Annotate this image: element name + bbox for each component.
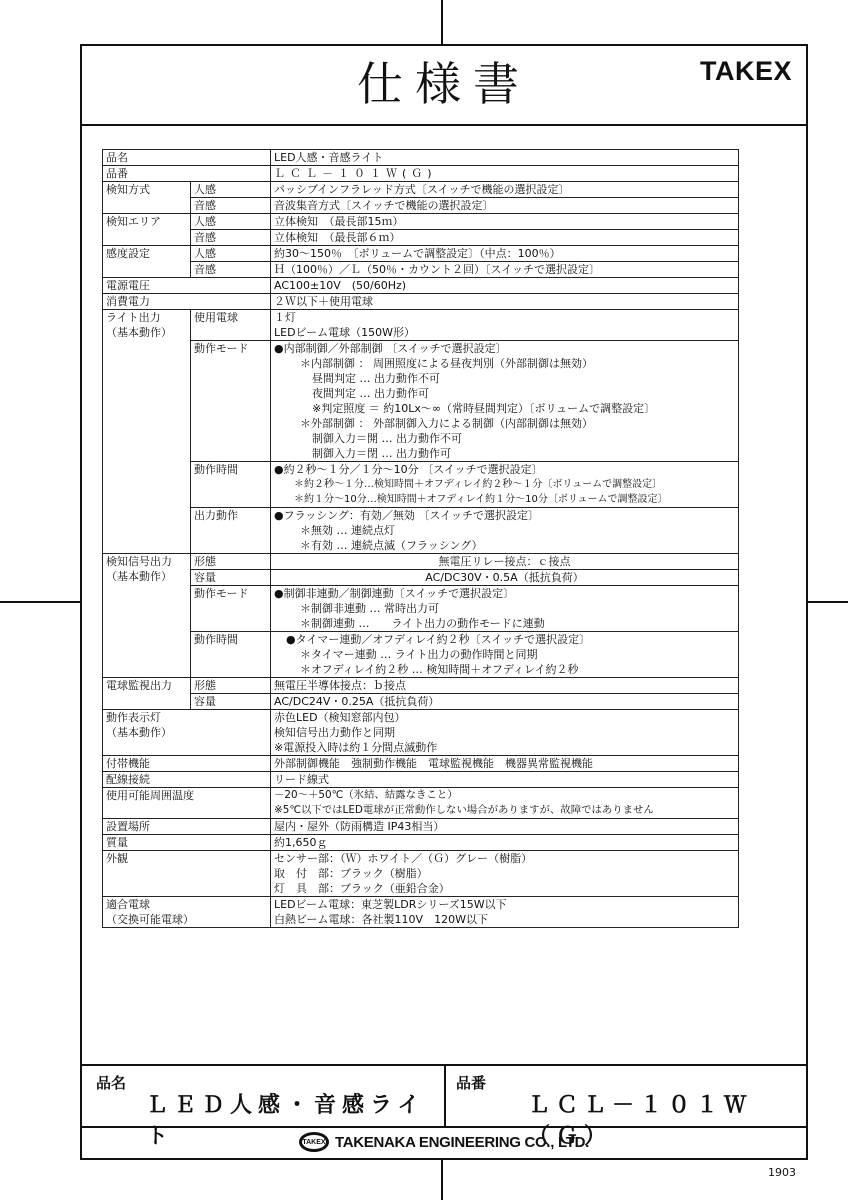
value-line: ＊制御非連動 … 常時出力可 xyxy=(274,601,735,616)
table-row: 容量 AC/DC30V・0.5A（抵抗負荷） xyxy=(103,570,739,586)
value-line: ＊有効 … 連続点滅（フラッシング） xyxy=(274,538,735,553)
value-line: ●タイマー連動／オフディレイ約２秒〔スイッチで選択設定〕 xyxy=(274,632,735,647)
row-value: ●約２秒～１分／１分～10分 〔スイッチで選択設定〕 ＊約２秒～１分…検知時間＋… xyxy=(271,462,739,508)
fold-mark-right xyxy=(806,601,848,603)
row-value: １灯 LEDビーム電球（150W形） xyxy=(271,310,739,341)
row-label: 感度設定 xyxy=(103,246,191,278)
row-label: 配線接続 xyxy=(103,772,271,788)
value-line: 取 付 部：ブラック（樹脂） xyxy=(274,866,735,881)
table-row: 音感 音波集音方式〔スイッチで機能の選択設定〕 xyxy=(103,198,739,214)
table-row: 音感 立体検知 （最長部６ｍ） xyxy=(103,230,739,246)
row-label: 動作表示灯 （基本動作） xyxy=(103,710,271,756)
row-label-sub: （交換可能電球） xyxy=(106,912,267,927)
fold-mark-left xyxy=(0,601,80,603)
takex-logo-icon: TAKEX xyxy=(299,1132,329,1152)
row-label-main: 検知信号出力 xyxy=(106,554,187,569)
row-label: 設置場所 xyxy=(103,819,271,835)
row-label-main: 適合電球 xyxy=(106,897,267,912)
row-value: センサー部：（Ｗ）ホワイト／（Ｇ）グレー（樹脂） 取 付 部：ブラック（樹脂） … xyxy=(271,851,739,897)
table-row: 品名 LED人感・音感ライト xyxy=(103,150,739,166)
value-line: ※5℃以下ではLED電球が正常動作しない場合がありますが、故障ではありません xyxy=(274,803,735,818)
row-value: AC100±10V (50/60Hz) xyxy=(271,278,739,294)
product-number-box: 品番 ＬＣＬ－１０１Ｗ（Ｇ） xyxy=(446,1066,806,1126)
row-value: 無電圧リレー接点：ｃ接点 xyxy=(271,554,739,570)
fold-mark-bottom xyxy=(441,1158,443,1200)
product-summary-band: 品名 ＬＥＤ人感・音感ライト 品番 ＬＣＬ－１０１Ｗ（Ｇ） xyxy=(82,1064,806,1128)
row-label: 外観 xyxy=(103,851,271,897)
table-row: 使用可能周囲温度 －20～＋50℃（氷結、結露なきこと） ※5℃以下ではLED電… xyxy=(103,788,739,819)
table-row: 電球監視出力 形態 無電圧半導体接点：ｂ接点 xyxy=(103,678,739,694)
row-value: ●タイマー連動／オフディレイ約２秒〔スイッチで選択設定〕 ＊タイマー連動 … ラ… xyxy=(271,632,739,678)
row-value: Ｈ（100％）／Ｌ（50％・カウント２回）〔スイッチで選択設定〕 xyxy=(271,262,739,278)
value-line: ＊無効 … 連続点灯 xyxy=(274,523,735,538)
value-line: ※電源投入時は約１分間点滅動作 xyxy=(274,740,735,755)
table-row: 感度設定 人感 約30～150％ 〔ボリュームで調整設定〕（中点：100％） xyxy=(103,246,739,262)
table-row: 動作モード ●制御非連動／制御連動〔スイッチで選択設定〕 ＊制御非連動 … 常時… xyxy=(103,586,739,632)
table-row: 質量 約1,650ｇ xyxy=(103,835,739,851)
row-label: 質量 xyxy=(103,835,271,851)
table-row: 付帯機能 外部制御機能 強制動作機能 電球監視機能 機器異常監視機能 xyxy=(103,756,739,772)
row-value: AC/DC24V・0.25A（抵抗負荷） xyxy=(271,694,739,710)
row-value: 立体検知 （最長部15ｍ） xyxy=(271,214,739,230)
row-label: 検知信号出力 （基本動作） xyxy=(103,554,191,678)
fold-mark-top xyxy=(441,0,443,44)
table-row: 動作時間 ●約２秒～１分／１分～10分 〔スイッチで選択設定〕 ＊約２秒～１分…… xyxy=(103,462,739,508)
value-line: ＊内部制御 ： 周囲照度による昼夜判別（外部制御は無効） xyxy=(274,356,735,371)
value-line: ＊約１分～10分…検知時間＋オフディレイ約１分～10分〔ボリュームで調整設定〕 xyxy=(274,492,735,507)
row-value: リード線式 xyxy=(271,772,739,788)
row-value: 赤色LED（検知窓部内包） 検知信号出力動作と同期 ※電源投入時は約１分間点滅動… xyxy=(271,710,739,756)
sub-label: 使用電球 xyxy=(191,310,271,341)
row-value: 約30～150％ 〔ボリュームで調整設定〕（中点：100％） xyxy=(271,246,739,262)
table-row: 音感 Ｈ（100％）／Ｌ（50％・カウント２回）〔スイッチで選択設定〕 xyxy=(103,262,739,278)
sub-label: 音感 xyxy=(191,262,271,278)
row-label: 検知エリア xyxy=(103,214,191,246)
row-value: ●制御非連動／制御連動〔スイッチで選択設定〕 ＊制御非連動 … 常時出力可 ＊制… xyxy=(271,586,739,632)
table-row: 品番 ＬＣＬ－１０１Ｗ(Ｇ) xyxy=(103,166,739,182)
sub-label: 動作モード xyxy=(191,341,271,462)
spec-table: 品名 LED人感・音感ライト 品番 ＬＣＬ－１０１Ｗ(Ｇ) 検知方式 人感 パッ… xyxy=(102,149,739,928)
sub-label: 人感 xyxy=(191,246,271,262)
value-line: LEDビーム電球（150W形） xyxy=(274,325,735,340)
value-line: 赤色LED（検知窓部内包） xyxy=(274,710,735,725)
table-row: 検知エリア 人感 立体検知 （最長部15ｍ） xyxy=(103,214,739,230)
sub-label: 人感 xyxy=(191,182,271,198)
value-line: 白熱ビーム電球：各社製110V 120W以下 xyxy=(274,912,735,927)
value-line: センサー部：（Ｗ）ホワイト／（Ｇ）グレー（樹脂） xyxy=(274,851,735,866)
table-row: 消費電力 ２Ｗ以下＋使用電球 xyxy=(103,294,739,310)
table-row: 動作モード ●内部制御／外部制御 〔スイッチで選択設定〕 ＊内部制御 ： 周囲照… xyxy=(103,341,739,462)
sub-label: 形態 xyxy=(191,554,271,570)
row-label-main: ライト出力 xyxy=(106,310,187,325)
row-label-sub: （基本動作） xyxy=(106,325,187,340)
table-row: 適合電球 （交換可能電球） LEDビーム電球：東芝製LDRシリーズ15W以下 白… xyxy=(103,897,739,928)
value-line: 検知信号出力動作と同期 xyxy=(274,725,735,740)
table-row: 容量 AC/DC24V・0.25A（抵抗負荷） xyxy=(103,694,739,710)
company-name: TAKENAKA ENGINEERING CO., LTD. xyxy=(335,1134,589,1151)
value-line: ●約２秒～１分／１分～10分 〔スイッチで選択設定〕 xyxy=(274,462,735,477)
sub-label: 人感 xyxy=(191,214,271,230)
value-line: ●フラッシング：有効／無効 〔スイッチで選択設定〕 xyxy=(274,508,735,523)
row-value: 外部制御機能 強制動作機能 電球監視機能 機器異常監視機能 xyxy=(271,756,739,772)
row-label: 品名 xyxy=(103,150,271,166)
table-row: 配線接続 リード線式 xyxy=(103,772,739,788)
value-line: 灯 具 部：ブラック（亜鉛合金） xyxy=(274,881,735,896)
sub-label: 形態 xyxy=(191,678,271,694)
row-label: 電源電圧 xyxy=(103,278,271,294)
row-label-sub: （基本動作） xyxy=(106,725,267,740)
value-line: ●制御非連動／制御連動〔スイッチで選択設定〕 xyxy=(274,586,735,601)
row-value: －20～＋50℃（氷結、結露なきこと） ※5℃以下ではLED電球が正常動作しない… xyxy=(271,788,739,819)
product-name-label: 品名 xyxy=(96,1072,126,1093)
row-value: 無電圧半導体接点：ｂ接点 xyxy=(271,678,739,694)
page-title: 仕様書 xyxy=(82,54,806,114)
row-value: パッシブインフラレッド方式〔スイッチで機能の選択設定〕 xyxy=(271,182,739,198)
row-label-main: 動作表示灯 xyxy=(106,710,267,725)
row-value: 音波集音方式〔スイッチで機能の選択設定〕 xyxy=(271,198,739,214)
sub-label: 動作時間 xyxy=(191,632,271,678)
value-line: ＊約２秒～１分…検知時間＋オフディレイ約２秒～１分〔ボリュームで調整設定〕 xyxy=(274,477,735,492)
row-value: 約1,650ｇ xyxy=(271,835,739,851)
row-label: ライト出力 （基本動作） xyxy=(103,310,191,554)
table-row: ライト出力 （基本動作） 使用電球 １灯 LEDビーム電球（150W形） xyxy=(103,310,739,341)
table-row: 電源電圧 AC100±10V (50/60Hz) xyxy=(103,278,739,294)
sub-label: 動作モード xyxy=(191,586,271,632)
row-value: LEDビーム電球：東芝製LDRシリーズ15W以下 白熱ビーム電球：各社製110V… xyxy=(271,897,739,928)
value-line: ●内部制御／外部制御 〔スイッチで選択設定〕 xyxy=(274,341,735,356)
row-label: 使用可能周囲温度 xyxy=(103,788,271,819)
value-line: －20～＋50℃（氷結、結露なきこと） xyxy=(274,788,735,803)
value-line: ＊タイマー連動 … ライト出力の動作時間と同期 xyxy=(274,647,735,662)
table-row: 動作表示灯 （基本動作） 赤色LED（検知窓部内包） 検知信号出力動作と同期 ※… xyxy=(103,710,739,756)
sub-label: 容量 xyxy=(191,570,271,586)
value-line: ＊オフディレイ約２秒 … 検知時間＋オフディレイ約２秒 xyxy=(274,662,735,677)
row-value: ●内部制御／外部制御 〔スイッチで選択設定〕 ＊内部制御 ： 周囲照度による昼夜… xyxy=(271,341,739,462)
row-label: 消費電力 xyxy=(103,294,271,310)
row-label-sub: （基本動作） xyxy=(106,569,187,584)
value-line: 夜間判定 … 出力動作可 xyxy=(274,386,735,401)
document-code: 1903 xyxy=(768,1166,796,1179)
row-value: AC/DC30V・0.5A（抵抗負荷） xyxy=(271,570,739,586)
row-value: ●フラッシング：有効／無効 〔スイッチで選択設定〕 ＊無効 … 連続点灯 ＊有効… xyxy=(271,508,739,554)
row-value: LED人感・音感ライト xyxy=(271,150,739,166)
value-line: １灯 xyxy=(274,310,735,325)
row-value: 立体検知 （最長部６ｍ） xyxy=(271,230,739,246)
table-row: 検知信号出力 （基本動作） 形態 無電圧リレー接点：ｃ接点 xyxy=(103,554,739,570)
sub-label: 音感 xyxy=(191,198,271,214)
row-value: ２Ｗ以下＋使用電球 xyxy=(271,294,739,310)
value-line: ※判定照度 ＝ 約10Lx～∞（常時昼間判定）〔ボリュームで調整設定〕 xyxy=(274,401,735,416)
company-footer: TAKEX TAKENAKA ENGINEERING CO., LTD. xyxy=(82,1126,806,1158)
table-row: 設置場所 屋内・屋外（防雨構造 IP43相当） xyxy=(103,819,739,835)
document-frame: 仕様書 TAKEX 品名 LED人感・音感ライト 品番 ＬＣＬ－１０１Ｗ(Ｇ) … xyxy=(80,44,808,1160)
table-row: 検知方式 人感 パッシブインフラレッド方式〔スイッチで機能の選択設定〕 xyxy=(103,182,739,198)
product-number-label: 品番 xyxy=(456,1072,486,1093)
sub-label: 音感 xyxy=(191,230,271,246)
value-line: ＊制御連動 … ライト出力の動作モードに連動 xyxy=(274,616,735,631)
value-line: 制御入力＝閉 … 出力動作可 xyxy=(274,446,735,461)
row-label: 付帯機能 xyxy=(103,756,271,772)
sub-label: 動作時間 xyxy=(191,462,271,508)
row-value: 屋内・屋外（防雨構造 IP43相当） xyxy=(271,819,739,835)
title-band: 仕様書 TAKEX xyxy=(82,46,806,126)
row-label: 適合電球 （交換可能電球） xyxy=(103,897,271,928)
table-row: 出力動作 ●フラッシング：有効／無効 〔スイッチで選択設定〕 ＊無効 … 連続点… xyxy=(103,508,739,554)
value-line: 制御入力＝開 … 出力動作不可 xyxy=(274,431,735,446)
row-label: 品番 xyxy=(103,166,271,182)
table-row: 動作時間 ●タイマー連動／オフディレイ約２秒〔スイッチで選択設定〕 ＊タイマー連… xyxy=(103,632,739,678)
product-name-box: 品名 ＬＥＤ人感・音感ライト xyxy=(82,1066,446,1126)
value-line: LEDビーム電球：東芝製LDRシリーズ15W以下 xyxy=(274,897,735,912)
row-value: ＬＣＬ－１０１Ｗ(Ｇ) xyxy=(271,166,739,182)
table-row: 外観 センサー部：（Ｗ）ホワイト／（Ｇ）グレー（樹脂） 取 付 部：ブラック（樹… xyxy=(103,851,739,897)
brand-logo: TAKEX xyxy=(700,56,792,87)
sub-label: 出力動作 xyxy=(191,508,271,554)
row-label: 検知方式 xyxy=(103,182,191,214)
value-line: ＊外部制御 ： 外部制御入力による制御（内部制御は無効） xyxy=(274,416,735,431)
sub-label: 容量 xyxy=(191,694,271,710)
value-line: 昼間判定 … 出力動作不可 xyxy=(274,371,735,386)
row-label: 電球監視出力 xyxy=(103,678,191,710)
